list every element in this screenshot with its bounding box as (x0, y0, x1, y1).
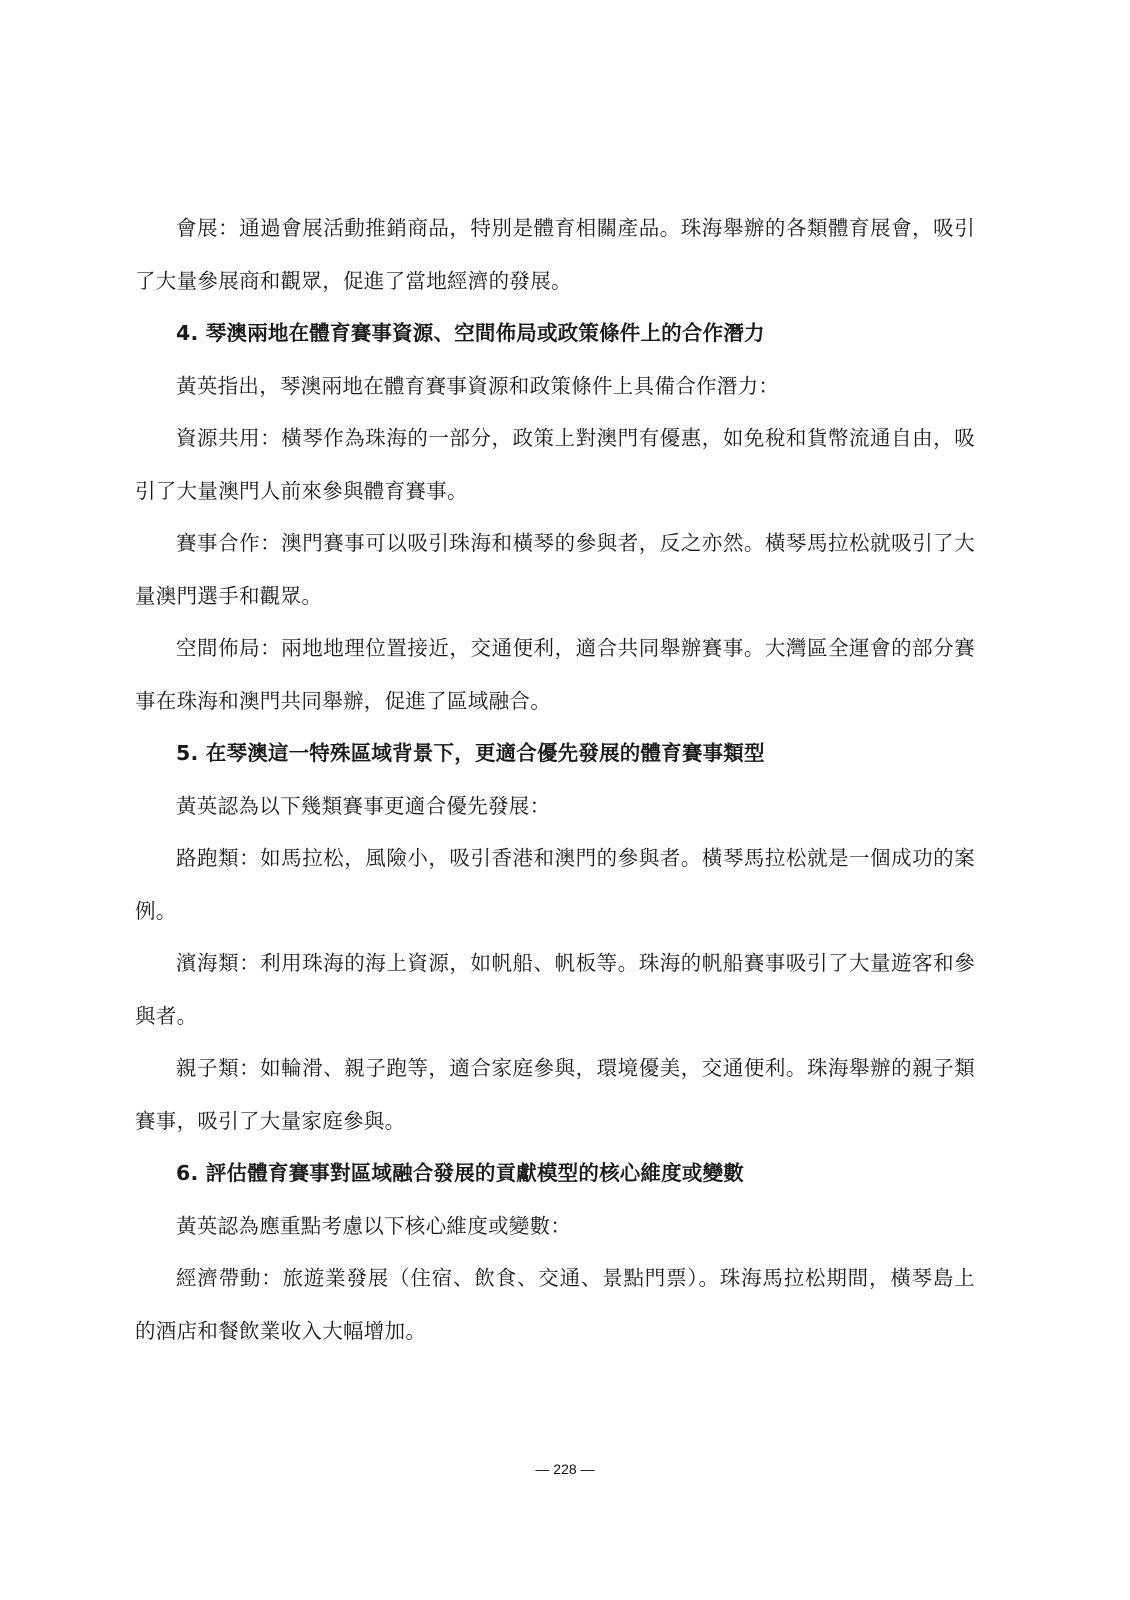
paragraph-coastal: 濱海類：利用珠海的海上資源，如帆船、帆板等。珠海的帆船賽事吸引了大量遊客和參與者… (135, 937, 975, 1042)
paragraph-resource-sharing: 資源共用：橫琴作為珠海的一部分，政策上對澳門有優惠，如免稅和貨幣流通自由，吸引了… (135, 412, 975, 517)
paragraph-event-cooperation: 賽事合作：澳門賽事可以吸引珠海和橫琴的參與者，反之亦然。橫琴馬拉松就吸引了大量澳… (135, 517, 975, 622)
section-heading-4: 4. 琴澳兩地在體育賽事資源、空間佈局或政策條件上的合作潛力 (135, 307, 975, 360)
paragraph-dimensions-intro: 黃英認為應重點考慮以下核心維度或變數： (135, 1200, 975, 1253)
paragraph-cooperation-intro: 黃英指出，琴澳兩地在體育賽事資源和政策條件上具備合作潛力： (135, 360, 975, 413)
paragraph-economic-impact: 經濟帶動：旅遊業發展（住宿、飲食、交通、景點門票）。珠海馬拉松期間，橫琴島上的酒… (135, 1252, 975, 1357)
page-number: — 228 — (0, 1461, 1130, 1477)
page-body: 會展：通過會展活動推銷商品，特別是體育相關產品。珠海舉辦的各類體育展會，吸引了大… (135, 202, 975, 1357)
section-heading-5: 5. 在琴澳這一特殊區域背景下，更適合優先發展的體育賽事類型 (135, 727, 975, 780)
paragraph-road-running: 路跑類：如馬拉松，風險小，吸引香港和澳門的參與者。橫琴馬拉松就是一個成功的案例。 (135, 832, 975, 937)
paragraph-family: 親子類：如輪滑、親子跑等，適合家庭參與，環境優美，交通便利。珠海舉辦的親子類賽事… (135, 1042, 975, 1147)
paragraph-exhibition: 會展：通過會展活動推銷商品，特別是體育相關產品。珠海舉辦的各類體育展會，吸引了大… (135, 202, 975, 307)
paragraph-spatial-layout: 空間佈局：兩地地理位置接近，交通便利，適合共同舉辦賽事。大灣區全運會的部分賽事在… (135, 622, 975, 727)
section-heading-6: 6. 評估體育賽事對區域融合發展的貢獻模型的核心維度或變數 (135, 1147, 975, 1200)
document-page: 會展：通過會展活動推銷商品，特別是體育相關產品。珠海舉辦的各類體育展會，吸引了大… (0, 0, 1130, 1600)
paragraph-event-types-intro: 黃英認為以下幾類賽事更適合優先發展： (135, 780, 975, 833)
